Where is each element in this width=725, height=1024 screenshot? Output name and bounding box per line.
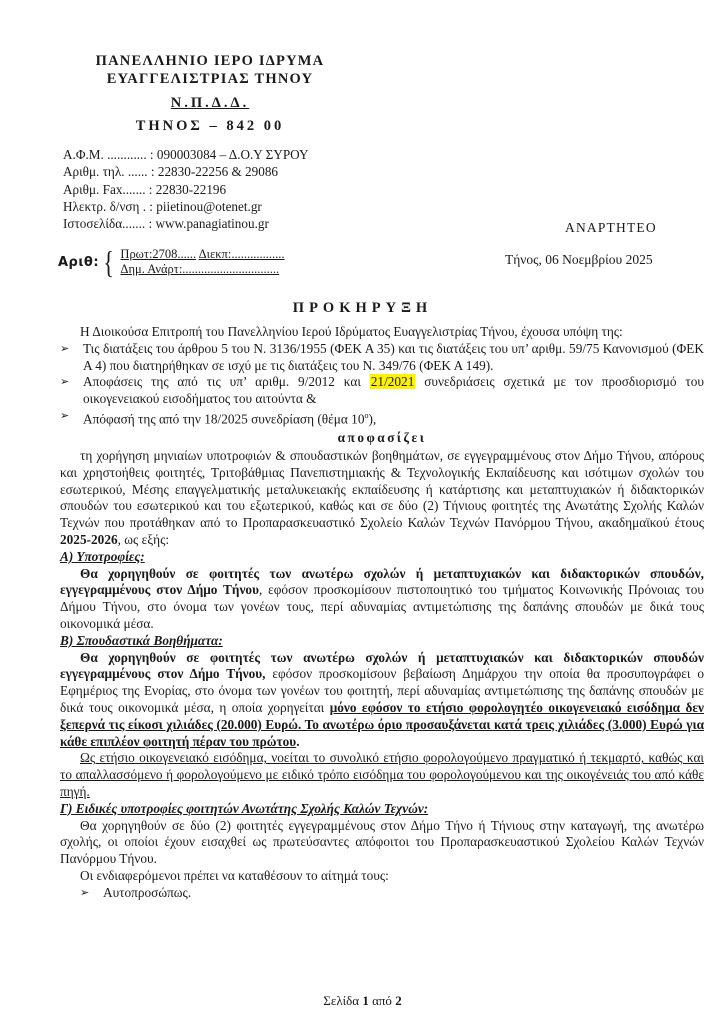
- document-body: Η Διοικούσα Επιτροπή του Πανελληνίου Ιερ…: [60, 324, 704, 902]
- contact-website: Ιστοσελίδα....... : www.panagiatinou.gr: [63, 215, 309, 232]
- posting-number: Δημ. Ανάρτ:.............................…: [120, 262, 279, 276]
- org-city: ΤΗΝΟΣ – 842 00: [60, 117, 360, 135]
- intro-paragraph: Η Διοικούσα Επιτροπή του Πανελληνίου Ιερ…: [60, 324, 704, 341]
- decides-heading: αποφασίζει: [60, 430, 704, 447]
- section-b-heading: Β) Σπουδαστικά Βοηθήματα:: [60, 633, 704, 650]
- org-name-line1: ΠΑΝΕΛΛΗΝΙΟ ΙΕΡΟ ΙΔΡΥΜΑ: [60, 52, 360, 70]
- section-b-text: Θα χορηγηθούν σε φοιτητές των ανωτέρω σχ…: [60, 650, 704, 751]
- decision-paragraph: τη χορήγηση μηνιαίων υποτροφιών & σπουδα…: [60, 448, 704, 549]
- consideration-item: Αποφάσεις της από τις υπ’ αριθμ. 9/2012 …: [60, 374, 704, 408]
- contact-fax: Αριθμ. Fax....... : 22830-22196: [63, 181, 309, 198]
- consideration-item: Απόφασή της από την 18/2025 συνεδρίαση (…: [60, 408, 704, 428]
- section-a-heading: Α) Υποτροφίες:: [60, 549, 704, 566]
- section-c-text: Θα χορηγηθούν σε δύο (2) φοιτητές εγγεγρ…: [60, 818, 704, 868]
- academic-year: 2025-2026: [60, 532, 118, 547]
- place-date: Τήνος, 06 Νοεμβρίου 2025: [505, 252, 653, 268]
- section-a-text: Θα χορηγηθούν σε φοιτητές των ανωτέρω σχ…: [60, 566, 704, 633]
- current-page: 1: [362, 993, 369, 1008]
- income-definition: Ως ετήσιο οικογενειακό εισόδημα, νοείται…: [60, 750, 704, 800]
- org-type: Ν.Π.Δ.Δ.: [60, 94, 360, 112]
- brace-icon: {: [103, 246, 114, 278]
- submission-method: Αυτοπροσώπως.: [80, 885, 704, 902]
- contact-email: Ηλεκτρ. δ/νση . : piietinou@otenet.gr: [63, 198, 309, 215]
- posting-label: ΑΝΑΡΤΗΤΕΟ: [565, 220, 657, 236]
- contact-afm: Α.Φ.Μ. ............ : 090003084 – Δ.Ο.Υ …: [63, 146, 309, 163]
- document-title: ΠΡΟΚΗΡΥΞΗ: [0, 300, 725, 317]
- contact-block: Α.Φ.Μ. ............ : 090003084 – Δ.Ο.Υ …: [63, 146, 309, 232]
- page-footer: Σελίδα 1 από 2: [0, 993, 725, 1009]
- consideration-item: Τις διατάξεις του άρθρου 5 του Ν. 3136/1…: [60, 341, 704, 375]
- contact-phone: Αριθμ. τηλ. ...... : 22830-22256 & 29086: [63, 163, 309, 180]
- total-pages: 2: [395, 993, 402, 1008]
- section-c-heading: Γ) Ειδικές υποτροφίες φοιτητών Ανωτάτης …: [60, 801, 704, 818]
- org-name-line2: ΕΥΑΓΓΕΛΙΣΤΡΙΑΣ ΤΗΝΟΥ: [60, 70, 360, 88]
- reference-block: Αριθ: { Πρωτ:2708...... Διεκπ:..........…: [58, 244, 284, 280]
- dispatch-number: Διεκπ:.................: [199, 247, 285, 261]
- reference-label: Αριθ:: [58, 255, 99, 270]
- submission-intro: Οι ενδιαφερόμενοι πρέπει να καταθέσουν τ…: [60, 868, 704, 885]
- protocol-number: Πρωτ:2708......: [120, 247, 196, 261]
- highlighted-reference: 21/2021: [370, 374, 416, 389]
